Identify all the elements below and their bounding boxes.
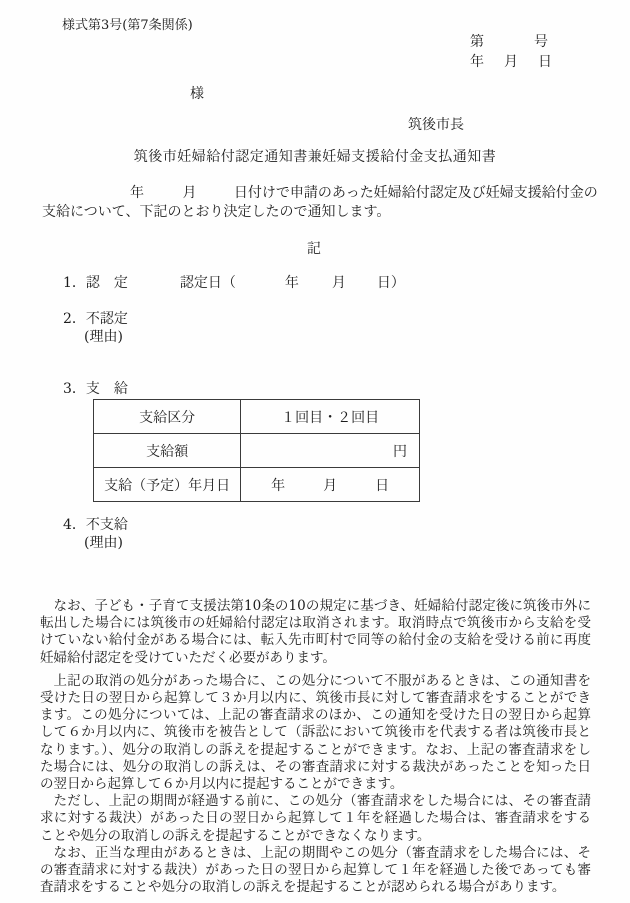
record-marker: 記: [0, 238, 630, 258]
document-number-line: 第 号: [470, 31, 548, 51]
application-date-month-label: 月: [182, 185, 196, 201]
document-title: 筑後市妊婦給付認定通知書兼妊婦支援給付金支払通知書: [0, 146, 630, 166]
certification-date-day-label: 日）: [377, 275, 405, 291]
payment-category-header: 支給区分: [94, 400, 241, 434]
note-paragraph-deadline: ただし、上記の期間が経過する前に、この処分（審査請求をした場合には、その審査請求…: [40, 793, 591, 845]
body-line-1: 年 月 日付けで申請のあった妊婦給付認定及び妊婦支援給付金の: [42, 184, 592, 203]
item-4-label: 4．不支給: [63, 516, 128, 534]
certification-date-year-label: 年: [285, 275, 299, 291]
issue-date-month-label: 月: [504, 51, 518, 71]
body-paragraph: 年 月 日付けで申請のあった妊婦給付認定及び妊婦支援給付金の 支給について、下記…: [42, 184, 592, 221]
payment-date-year-label: 年: [271, 475, 285, 495]
certification-date-field-label: 認定日（: [180, 275, 236, 291]
certification-date-month-label: 月: [332, 275, 346, 291]
sender-mayor: 筑後市長: [408, 114, 464, 134]
note-paragraph-transfer: なお、子ども・子育て支援法第10条の10の規定に基づき、妊婦給付認定後に筑後市外…: [40, 598, 591, 667]
table-row-payment-category: 支給区分 １回目・２回目: [94, 400, 420, 434]
table-row-payment-date: 支給（予定）年月日 年 月 日: [94, 468, 420, 502]
addressee-honorific: 様: [190, 83, 204, 103]
doc-number-prefix: 第: [470, 31, 484, 51]
application-date-year-label: 年: [130, 185, 144, 201]
payment-date-ymd: 年 月 日: [271, 475, 389, 495]
payment-amount-header: 支給額: [94, 434, 241, 468]
payment-date-month-label: 月: [323, 475, 337, 495]
item-2-reason-label: (理由): [63, 328, 128, 346]
payment-category-value: １回目・２回目: [241, 400, 420, 434]
form-number-label: 様式第3号(第7条関係): [62, 14, 193, 33]
item-3-payment: 3．支 給: [63, 378, 128, 398]
item-1-certification: 1．認 定認定日（年月日）: [63, 272, 405, 292]
payment-date-day-label: 日: [375, 475, 389, 495]
doc-number-suffix: 号: [534, 31, 548, 51]
legal-notes: なお、子ども・子育て支援法第10条の10の規定に基づき、妊婦給付認定後に筑後市外…: [40, 598, 591, 896]
table-row-payment-amount: 支給額 円: [94, 434, 420, 468]
payment-date-value: 年 月 日: [241, 468, 420, 502]
item-1-label: 1．認 定: [63, 275, 128, 291]
item-2-label: 2．不認定: [63, 310, 128, 328]
notice-document-page: 様式第3号(第7条関係) 第 号 年 月 日 様 筑後市長 筑後市妊婦給付認定通…: [0, 0, 630, 903]
body-line-1-text: 日付けで申請のあった妊婦給付認定及び妊婦支援給付金の: [234, 185, 598, 201]
issue-date-day-label: 日: [538, 51, 552, 71]
body-line-2: 支給について、下記のとおり決定したので通知します。: [42, 203, 592, 222]
note-paragraph-appeal: 上記の取消の処分があった場合に、この処分について不服があるときは、この通知書を受…: [40, 673, 591, 793]
item-3-label: 3．支 給: [63, 381, 128, 397]
item-4-reason-label: (理由): [63, 534, 128, 552]
item-2-denial: 2．不認定 (理由): [63, 310, 128, 346]
payment-table: 支給区分 １回目・２回目 支給額 円 支給（予定）年月日 年 月 日: [93, 399, 420, 502]
note-paragraph-exception: なお、正当な理由があるときは、上記の期間やこの処分（審査請求をした場合には、その…: [40, 845, 591, 897]
payment-date-header: 支給（予定）年月日: [94, 468, 241, 502]
issue-date-line: 年 月 日: [470, 51, 552, 71]
item-4-nonpayment: 4．不支給 (理由): [63, 516, 128, 552]
payment-amount-unit: 円: [241, 434, 420, 468]
issue-date-year-label: 年: [470, 51, 484, 71]
